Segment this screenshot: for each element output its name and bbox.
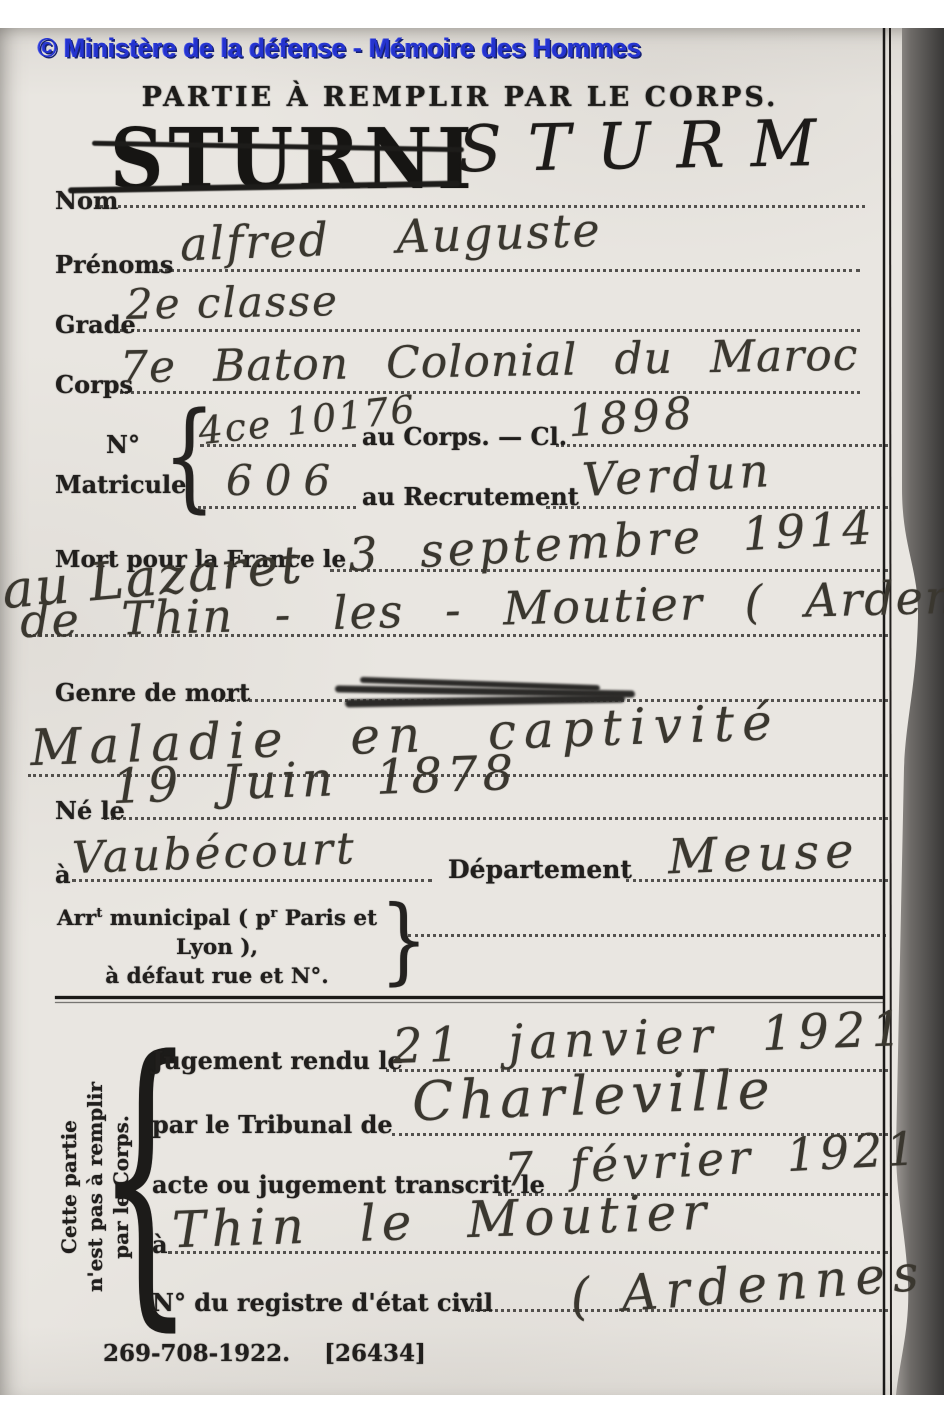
prenoms-label: Prénoms	[55, 250, 173, 279]
arrondissement-dotted-line	[408, 934, 886, 937]
tribunal-label: par le Tribunal de	[152, 1110, 393, 1139]
footer-reference: 269-708-1922. [26434]	[103, 1340, 426, 1367]
au-recrutement-label: au Recrutement	[362, 482, 579, 511]
classe-value: 1898	[566, 388, 697, 448]
grade-value: 2e classe	[126, 276, 340, 329]
grade-label: Grade	[55, 310, 136, 339]
footer-ref-number: 269-708-1922.	[103, 1340, 290, 1367]
departement-label: Département	[448, 855, 632, 884]
matricule-recrutement-number: 606	[226, 456, 342, 505]
page-edge-shadow	[896, 28, 944, 1395]
page-edge	[880, 28, 944, 1395]
jugement-rendu-label: Jugement rendu le	[152, 1046, 403, 1075]
recrutement-lieu-value: Verdun	[581, 443, 774, 507]
nom-handwritten-value: STURM	[457, 107, 842, 188]
record-card-page: © Ministère de la défense - Mémoire des …	[0, 0, 944, 1417]
sidebar-note-line1: Cette partie	[56, 1027, 82, 1347]
jugement-a-label: à	[152, 1230, 168, 1259]
footer-bracket-number: [26434]	[324, 1340, 426, 1367]
arr-label-part1: Arr	[57, 906, 96, 931]
page-edge-rule-inner	[890, 28, 891, 1395]
departement-value: Meuse	[667, 823, 860, 886]
arrondissement-label: Arrt municipal ( pr Paris et Lyon ), à d…	[52, 904, 382, 991]
arr-label-part2: municipal ( p	[102, 906, 270, 931]
genre-de-mort-label: Genre de mort	[55, 678, 250, 707]
ne-le-dotted-line	[104, 817, 888, 820]
registre-label: N° du registre d'état civil	[152, 1288, 493, 1317]
naissance-a-label: à	[55, 860, 71, 889]
copyright-watermark: © Ministère de la défense - Mémoire des …	[38, 33, 641, 64]
matricule-no-label: N°	[106, 430, 140, 459]
naissance-lieu-value: Vaubécourt	[71, 823, 357, 884]
prenoms-dotted-line	[152, 269, 860, 272]
arrondissement-brace: }	[380, 894, 428, 988]
arr-label-line2: à défaut rue et N°.	[105, 964, 328, 989]
recrutement-number-dotted-line	[198, 506, 356, 509]
tribunal-value: Charleville	[411, 1058, 777, 1134]
nom-crossed-out-value: STURNI	[110, 112, 477, 208]
